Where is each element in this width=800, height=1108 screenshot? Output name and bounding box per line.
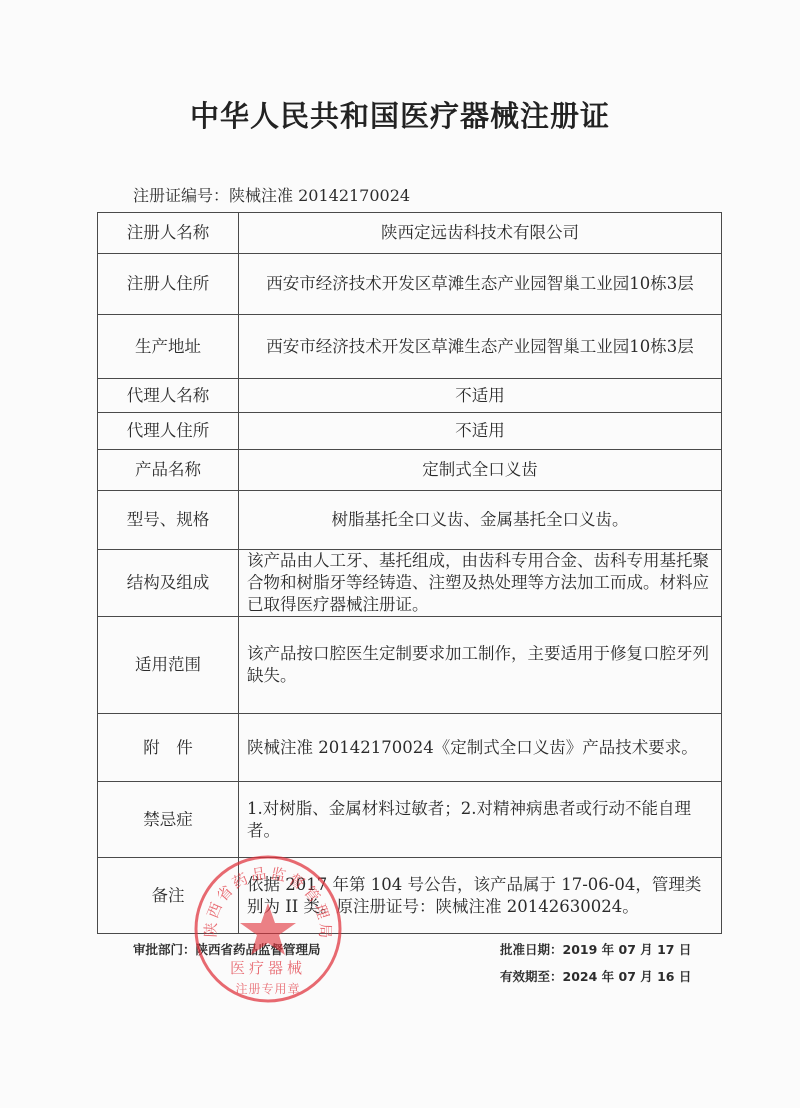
row-value: 不适用 — [239, 413, 722, 450]
table-row: 注册人名称 陕西定远齿科技术有限公司 — [98, 213, 722, 254]
approval-date-label: 批准日期： — [500, 942, 563, 957]
table-row: 型号、规格 树脂基托全口义齿、金属基托全口义齿。 — [98, 491, 722, 550]
registration-number-label: 注册证编号： — [133, 186, 229, 205]
row-value: 定制式全口义齿 — [239, 450, 722, 491]
row-label: 禁忌症 — [98, 782, 239, 858]
certificate-table: 注册人名称 陕西定远齿科技术有限公司 注册人住所 西安市经济技术开发区草滩生态产… — [97, 212, 722, 934]
table-row: 生产地址 西安市经济技术开发区草滩生态产业园智巢工业园10栋3层 — [98, 315, 722, 379]
row-value: 西安市经济技术开发区草滩生态产业园智巢工业园10栋3层 — [239, 315, 722, 379]
row-label: 备注 — [98, 858, 239, 934]
row-label: 结构及组成 — [98, 550, 239, 617]
row-label: 注册人名称 — [98, 213, 239, 254]
registration-number: 注册证编号：陕械注准 20142170024 — [133, 183, 410, 206]
table-row: 代理人住所 不适用 — [98, 413, 722, 450]
approval-date-value: 2019 年 07 月 17 日 — [563, 942, 692, 957]
row-label: 生产地址 — [98, 315, 239, 379]
table-row: 注册人住所 西安市经济技术开发区草滩生态产业园智巢工业园10栋3层 — [98, 254, 722, 315]
authority-value: 陕西省药品监督管理局 — [196, 942, 321, 957]
table-row: 附 件 陕械注准 20142170024《定制式全口义齿》产品技术要求。 — [98, 714, 722, 782]
row-value: 依据 2017 年第 104 号公告，该产品属于 17-06-04，管理类别为 … — [239, 858, 722, 934]
row-label: 产品名称 — [98, 450, 239, 491]
approval-authority: 审批部门：陕西省药品监督管理局 — [133, 940, 321, 958]
table-row: 产品名称 定制式全口义齿 — [98, 450, 722, 491]
table-row: 备注 依据 2017 年第 104 号公告，该产品属于 17-06-04，管理类… — [98, 858, 722, 934]
row-label: 注册人住所 — [98, 254, 239, 315]
row-value: 不适用 — [239, 379, 722, 413]
table-row: 适用范围 该产品按口腔医生定制要求加工制作，主要适用于修复口腔牙列缺失。 — [98, 617, 722, 714]
row-label: 代理人名称 — [98, 379, 239, 413]
row-label: 适用范围 — [98, 617, 239, 714]
row-label: 型号、规格 — [98, 491, 239, 550]
table-row: 禁忌症 1.对树脂、金属材料过敏者；2.对精神病患者或行动不能自理者。 — [98, 782, 722, 858]
row-label: 代理人住所 — [98, 413, 239, 450]
approval-date: 批准日期：2019 年 07 月 17 日 — [500, 940, 691, 958]
row-label: 附 件 — [98, 714, 239, 782]
registration-number-value: 陕械注准 20142170024 — [229, 186, 410, 205]
table-row: 结构及组成 该产品由人工牙、基托组成，由齿科专用合金、齿科专用基托聚合物和树脂牙… — [98, 550, 722, 617]
row-value: 该产品按口腔医生定制要求加工制作，主要适用于修复口腔牙列缺失。 — [239, 617, 722, 714]
row-value: 陕西定远齿科技术有限公司 — [239, 213, 722, 254]
document-title: 中华人民共和国医疗器械注册证 — [0, 94, 800, 135]
row-value: 树脂基托全口义齿、金属基托全口义齿。 — [239, 491, 722, 550]
stamp-line1: 医疗器械 — [230, 959, 306, 977]
row-value: 陕械注准 20142170024《定制式全口义齿》产品技术要求。 — [239, 714, 722, 782]
stamp-line2: 注册专用章 — [235, 981, 300, 996]
valid-until: 有效期至：2024 年 07 月 16 日 — [500, 967, 691, 985]
authority-label: 审批部门： — [133, 942, 196, 957]
valid-until-value: 2024 年 07 月 16 日 — [563, 969, 692, 984]
table-row: 代理人名称 不适用 — [98, 379, 722, 413]
valid-until-label: 有效期至： — [500, 969, 563, 984]
row-value: 该产品由人工牙、基托组成，由齿科专用合金、齿科专用基托聚合物和树脂牙等经铸造、注… — [239, 550, 722, 617]
row-value: 西安市经济技术开发区草滩生态产业园智巢工业园10栋3层 — [239, 254, 722, 315]
row-value: 1.对树脂、金属材料过敏者；2.对精神病患者或行动不能自理者。 — [239, 782, 722, 858]
